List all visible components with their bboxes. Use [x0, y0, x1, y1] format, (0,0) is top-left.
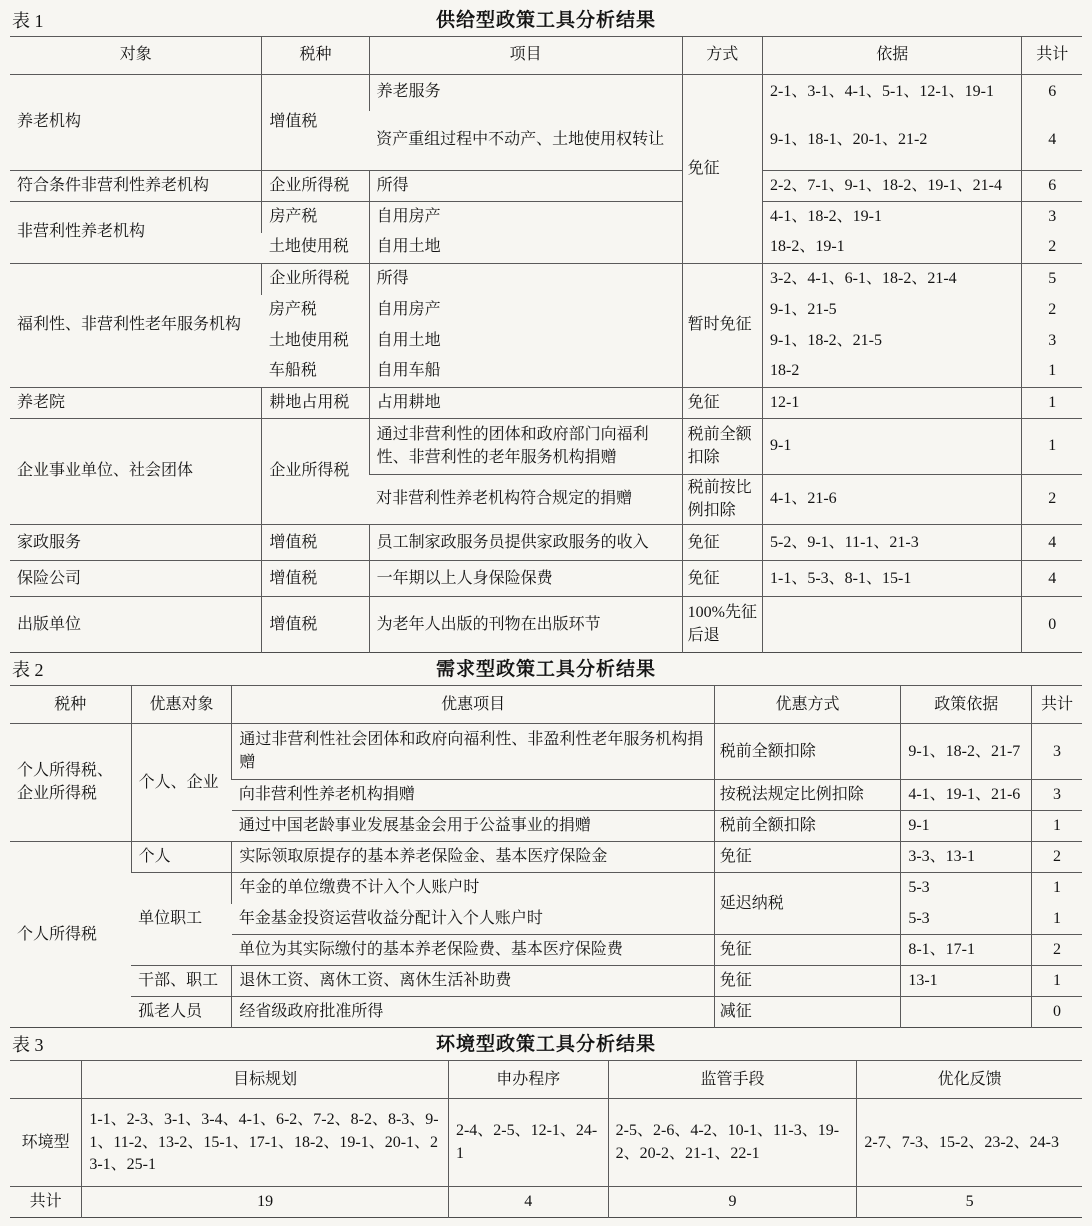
table-header-row: 对象 税种 项目 方式 依据 共计	[10, 37, 1082, 75]
table2-caption: 表 2 需求型政策工具分析结果	[10, 655, 1082, 685]
cell-target: 个人、企业	[131, 724, 232, 842]
table2-demand-policy: 税种 优惠对象 优惠项目 优惠方式 政策依据 共计 个人所得税、企业所得税 个人…	[10, 685, 1082, 1028]
cell-item: 自用车船	[369, 357, 682, 388]
cell-total: 0	[1022, 597, 1082, 653]
table3-label: 表 3	[12, 1030, 44, 1060]
col-header-tax: 税种	[262, 37, 369, 75]
cell-tax-type: 增值税	[262, 561, 369, 597]
cell-total: 2	[1032, 935, 1082, 966]
cell-mode: 免征	[682, 525, 762, 561]
cell-basis	[763, 597, 1022, 653]
cell-basis: 8-1、17-1	[901, 935, 1032, 966]
cell-tax-type: 房产税	[262, 295, 369, 326]
cell-basis: 9-1、18-2、21-5	[763, 326, 1022, 357]
table-row: 环境型 1-1、2-3、3-1、3-4、4-1、6-2、7-2、8-2、8-3、…	[10, 1099, 1082, 1187]
cell-object: 符合条件非营利性养老机构	[10, 171, 262, 202]
cell-tax-type: 企业所得税	[262, 171, 369, 202]
cell-basis: 5-3	[901, 873, 1032, 904]
cell-mode: 免征	[714, 842, 901, 873]
cell-item: 向非营利性养老机构捐赠	[232, 780, 714, 811]
table3-caption: 表 3 环境型政策工具分析结果	[10, 1030, 1082, 1060]
cell-tax-type: 企业所得税	[262, 264, 369, 295]
cell-tax-type: 个人所得税、企业所得税	[10, 724, 131, 842]
cell-object: 家政服务	[10, 525, 262, 561]
cell-item: 退休工资、离休工资、离休生活补助费	[232, 966, 714, 997]
cell-mode: 税前全额扣除	[714, 724, 901, 780]
cell-mode: 免征	[682, 388, 762, 419]
cell-tax-type: 增值税	[262, 525, 369, 561]
col-header-target: 优惠对象	[131, 686, 232, 724]
cell-item: 所得	[369, 171, 682, 202]
table-row: 单位职工 年金的单位缴费不计入个人账户时 延迟纳税 5-3 1	[10, 873, 1082, 904]
cell-basis: 3-2、4-1、6-1、18-2、21-4	[763, 264, 1022, 295]
cell-tax-type: 房产税	[262, 202, 369, 233]
cell-basis: 5-2、9-1、11-1、21-3	[763, 525, 1022, 561]
table-row: 个人所得税、企业所得税 个人、企业 通过非营利性社会团体和政府向福利性、非盈利性…	[10, 724, 1082, 780]
table2-title: 需求型政策工具分析结果	[10, 655, 1082, 685]
table3-title: 环境型政策工具分析结果	[10, 1030, 1082, 1060]
cell-mode: 免征	[682, 561, 762, 597]
cell-item: 年金基金投资运营收益分配计入个人账户时	[232, 904, 714, 935]
cell-item: 一年期以上人身保险保费	[369, 561, 682, 597]
cell-total: 5	[857, 1187, 1082, 1218]
cell-basis: 13-1	[901, 966, 1032, 997]
cell-optimization-feedback: 2-7、7-3、15-2、23-2、24-3	[857, 1099, 1082, 1187]
cell-total: 1	[1022, 388, 1082, 419]
cell-item: 经省级政府批准所得	[232, 997, 714, 1028]
cell-target: 孤老人员	[131, 997, 232, 1028]
cell-totals-label: 共计	[10, 1187, 82, 1218]
cell-application-procedure: 2-4、2-5、12-1、24-1	[448, 1099, 608, 1187]
cell-basis	[901, 997, 1032, 1028]
cell-mode: 减征	[714, 997, 901, 1028]
cell-object: 保险公司	[10, 561, 262, 597]
cell-basis: 9-1、21-5	[763, 295, 1022, 326]
table1-title: 供给型政策工具分析结果	[10, 6, 1082, 36]
col-header-basis: 依据	[763, 37, 1022, 75]
cell-item: 通过非营利性的团体和政府部门向福利性、非营利性的老年服务机构捐赠	[369, 419, 682, 475]
col-header-total: 共计	[1022, 37, 1082, 75]
cell-mode: 税前全额扣除	[682, 419, 762, 475]
cell-mode: 免征	[714, 966, 901, 997]
cell-item: 年金的单位缴费不计入个人账户时	[232, 873, 714, 904]
table1-label: 表 1	[12, 6, 44, 36]
cell-total: 1	[1032, 811, 1082, 842]
cell-basis: 3-3、13-1	[901, 842, 1032, 873]
cell-total: 9	[608, 1187, 857, 1218]
cell-object: 养老机构	[10, 75, 262, 171]
cell-item: 自用土地	[369, 233, 682, 264]
cell-mode: 延迟纳税	[714, 873, 901, 935]
cell-total: 4	[1022, 561, 1082, 597]
col-header-total: 共计	[1032, 686, 1082, 724]
cell-basis: 4-1、19-1、21-6	[901, 780, 1032, 811]
cell-total: 3	[1032, 724, 1082, 780]
cell-basis: 5-3	[901, 904, 1032, 935]
cell-basis: 9-1	[763, 419, 1022, 475]
col-header-mode: 方式	[682, 37, 762, 75]
cell-item: 占用耕地	[369, 388, 682, 419]
table-row: 家政服务 增值税 员工制家政服务员提供家政服务的收入 免征 5-2、9-1、11…	[10, 525, 1082, 561]
cell-mode: 免征	[714, 935, 901, 966]
cell-total: 4	[448, 1187, 608, 1218]
cell-total: 1	[1032, 873, 1082, 904]
cell-object: 出版单位	[10, 597, 262, 653]
cell-basis: 12-1	[763, 388, 1022, 419]
cell-row-label: 环境型	[10, 1099, 82, 1187]
cell-tax-type: 土地使用税	[262, 326, 369, 357]
cell-total: 3	[1022, 326, 1082, 357]
cell-mode: 暂时免征	[682, 264, 762, 388]
cell-basis: 9-1、18-1、20-1、21-2	[763, 111, 1022, 171]
cell-item: 对非营利性养老机构符合规定的捐赠	[369, 475, 682, 525]
cell-supervision-means: 2-5、2-6、4-2、10-1、11-3、19-2、20-2、21-1、22-…	[608, 1099, 857, 1187]
table-row: 非营利性养老机构 房产税 自用房产 4-1、18-2、19-1 3	[10, 202, 1082, 233]
cell-goal-planning: 1-1、2-3、3-1、3-4、4-1、6-2、7-2、8-2、8-3、9-1、…	[82, 1099, 449, 1187]
cell-item: 自用土地	[369, 326, 682, 357]
cell-total: 1	[1032, 966, 1082, 997]
table1-supply-policy: 对象 税种 项目 方式 依据 共计 养老机构 增值税 养老服务 免征 2-1、3…	[10, 36, 1082, 653]
table-row: 个人所得税 个人 实际领取原提存的基本养老保险金、基本医疗保险金 免征 3-3、…	[10, 842, 1082, 873]
cell-total: 3	[1022, 202, 1082, 233]
cell-tax-type: 个人所得税	[10, 842, 131, 1028]
cell-object: 养老院	[10, 388, 262, 419]
cell-object: 福利性、非营利性老年服务机构	[10, 264, 262, 388]
cell-tax-type: 耕地占用税	[262, 388, 369, 419]
cell-tax-type: 增值税	[262, 597, 369, 653]
table-header-row: 税种 优惠对象 优惠项目 优惠方式 政策依据 共计	[10, 686, 1082, 724]
table2-label: 表 2	[12, 655, 44, 685]
cell-item: 自用房产	[369, 295, 682, 326]
cell-basis: 1-1、5-3、8-1、15-1	[763, 561, 1022, 597]
cell-total: 6	[1022, 171, 1082, 202]
table-row: 共计 19 4 9 5	[10, 1187, 1082, 1218]
col-header-supervision: 监管手段	[608, 1061, 857, 1099]
cell-basis: 2-2、7-1、9-1、18-2、19-1、21-4	[763, 171, 1022, 202]
cell-mode: 税前按比例扣除	[682, 475, 762, 525]
col-header-item: 项目	[369, 37, 682, 75]
cell-total: 1	[1022, 419, 1082, 475]
cell-total: 0	[1032, 997, 1082, 1028]
cell-total: 6	[1022, 75, 1082, 111]
cell-total: 1	[1032, 904, 1082, 935]
table-row: 福利性、非营利性老年服务机构 企业所得税 所得 暂时免征 3-2、4-1、6-1…	[10, 264, 1082, 295]
cell-basis: 9-1、18-2、21-7	[901, 724, 1032, 780]
cell-total: 5	[1022, 264, 1082, 295]
paper-page: 表 1 供给型政策工具分析结果 对象 税种 项目 方式 依据 共计 养老机构 增…	[0, 0, 1092, 1226]
cell-mode: 100%先征后退	[682, 597, 762, 653]
col-header-basis: 政策依据	[901, 686, 1032, 724]
cell-basis: 4-1、18-2、19-1	[763, 202, 1022, 233]
cell-total: 2	[1022, 233, 1082, 264]
cell-item: 员工制家政服务员提供家政服务的收入	[369, 525, 682, 561]
cell-total: 3	[1032, 780, 1082, 811]
cell-item: 实际领取原提存的基本养老保险金、基本医疗保险金	[232, 842, 714, 873]
cell-total: 19	[82, 1187, 449, 1218]
cell-total: 2	[1022, 475, 1082, 525]
cell-item: 通过中国老龄事业发展基金会用于公益事业的捐赠	[232, 811, 714, 842]
cell-tax-type: 车船税	[262, 357, 369, 388]
cell-total: 4	[1022, 525, 1082, 561]
cell-mode: 税前全额扣除	[714, 811, 901, 842]
cell-tax-type: 企业所得税	[262, 419, 369, 525]
col-header-object: 对象	[10, 37, 262, 75]
table-row: 养老院 耕地占用税 占用耕地 免征 12-1 1	[10, 388, 1082, 419]
cell-item: 自用房产	[369, 202, 682, 233]
col-header-tax: 税种	[10, 686, 131, 724]
cell-basis: 18-2	[763, 357, 1022, 388]
cell-item: 资产重组过程中不动产、土地使用权转让	[369, 111, 682, 171]
cell-total: 4	[1022, 111, 1082, 171]
cell-basis: 4-1、21-6	[763, 475, 1022, 525]
cell-object: 非营利性养老机构	[10, 202, 262, 264]
cell-tax-type: 土地使用税	[262, 233, 369, 264]
col-header-feedback: 优化反馈	[857, 1061, 1082, 1099]
col-header-mode: 优惠方式	[714, 686, 901, 724]
table3-environment-policy: 目标规划 申办程序 监管手段 优化反馈 环境型 1-1、2-3、3-1、3-4、…	[10, 1060, 1082, 1218]
cell-object: 企业事业单位、社会团体	[10, 419, 262, 525]
table-row: 养老机构 增值税 养老服务 免征 2-1、3-1、4-1、5-1、12-1、19…	[10, 75, 1082, 111]
cell-item: 单位为其实际缴付的基本养老保险费、基本医疗保险费	[232, 935, 714, 966]
cell-mode: 免征	[682, 75, 762, 264]
table-row: 符合条件非营利性养老机构 企业所得税 所得 2-2、7-1、9-1、18-2、1…	[10, 171, 1082, 202]
col-header-goal: 目标规划	[82, 1061, 449, 1099]
table-row: 干部、职工 退休工资、离休工资、离休生活补助费 免征 13-1 1	[10, 966, 1082, 997]
cell-item: 为老年人出版的刊物在出版环节	[369, 597, 682, 653]
cell-total: 1	[1022, 357, 1082, 388]
table-row: 孤老人员 经省级政府批准所得 减征 0	[10, 997, 1082, 1028]
cell-target: 干部、职工	[131, 966, 232, 997]
cell-item: 通过非营利性社会团体和政府向福利性、非盈利性老年服务机构捐赠	[232, 724, 714, 780]
cell-total: 2	[1022, 295, 1082, 326]
cell-item: 所得	[369, 264, 682, 295]
table-row: 保险公司 增值税 一年期以上人身保险保费 免征 1-1、5-3、8-1、15-1…	[10, 561, 1082, 597]
table-row: 企业事业单位、社会团体 企业所得税 通过非营利性的团体和政府部门向福利性、非营利…	[10, 419, 1082, 475]
cell-mode: 按税法规定比例扣除	[714, 780, 901, 811]
cell-item: 养老服务	[369, 75, 682, 111]
cell-basis: 9-1	[901, 811, 1032, 842]
cell-total: 2	[1032, 842, 1082, 873]
table1-caption: 表 1 供给型政策工具分析结果	[10, 6, 1082, 36]
table-row: 出版单位 增值税 为老年人出版的刊物在出版环节 100%先征后退 0	[10, 597, 1082, 653]
cell-tax-type: 增值税	[262, 75, 369, 171]
col-header-procedure: 申办程序	[448, 1061, 608, 1099]
col-header-item: 优惠项目	[232, 686, 714, 724]
table-header-row: 目标规划 申办程序 监管手段 优化反馈	[10, 1061, 1082, 1099]
cell-basis: 18-2、19-1	[763, 233, 1022, 264]
cell-basis: 2-1、3-1、4-1、5-1、12-1、19-1	[763, 75, 1022, 111]
cell-target: 单位职工	[131, 873, 232, 966]
col-header-corner	[10, 1061, 82, 1099]
cell-target: 个人	[131, 842, 232, 873]
